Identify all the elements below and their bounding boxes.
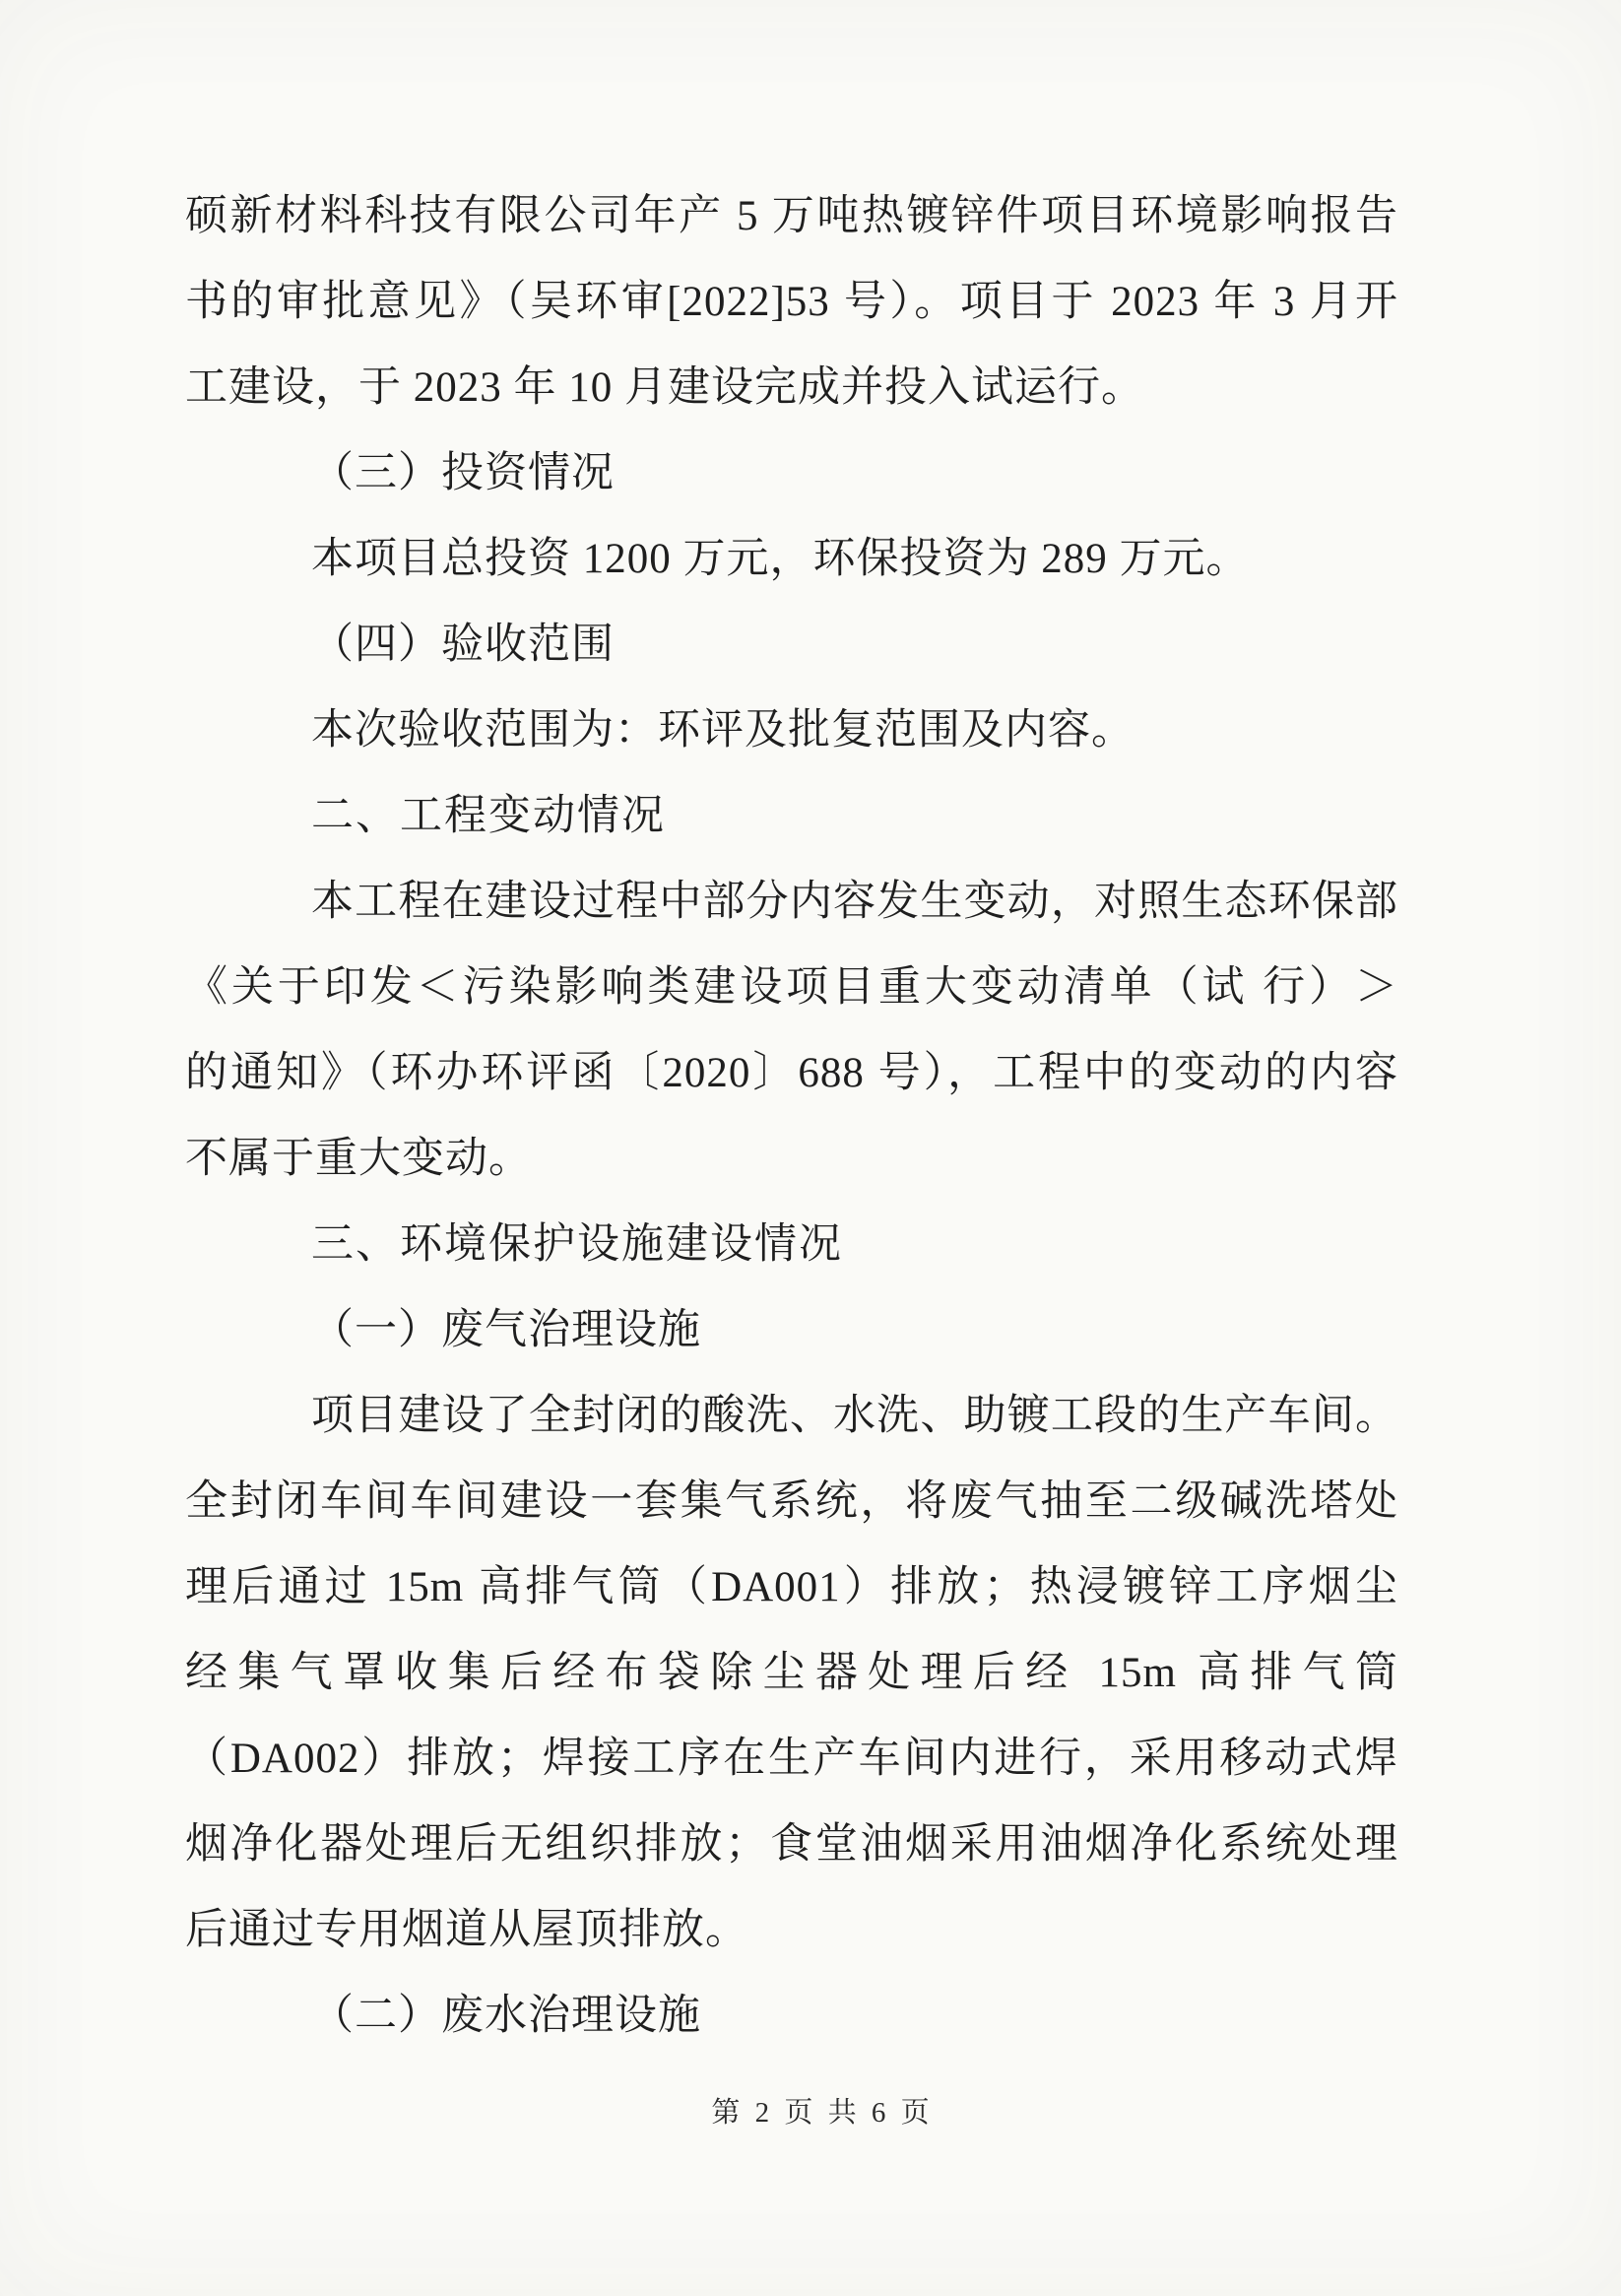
text-line: 烟净化器处理后无组织排放；食堂油烟采用油烟净化系统处理 xyxy=(185,1802,1398,1887)
text-line: 书的审批意见》（吴环审[2022]53 号）。项目于 2023 年 3 月开 xyxy=(185,259,1398,345)
text-line: 《关于印发＜污染影响类建设项目重大变动清单（试 行）＞ xyxy=(185,945,1398,1030)
text-line: 全封闭车间车间建设一套集气系统，将废气抽至二级碱洗塔处 xyxy=(185,1459,1398,1544)
paragraph: 本次验收范围为：环评及批复范围及内容。 xyxy=(185,688,1398,773)
text-line: 二、工程变动情况 xyxy=(185,773,1398,859)
text-line: （四）验收范围 xyxy=(185,602,1398,688)
section-heading: 二、工程变动情况 xyxy=(185,773,1398,859)
paragraph: （一）废气治理设施 xyxy=(185,1287,1398,1373)
text-line: 经集气罩收集后经布袋除尘器处理后经 15m 高排气筒 xyxy=(185,1630,1398,1716)
text-line: 项目建设了全封闭的酸洗、水洗、助镀工段的生产车间。 xyxy=(185,1373,1398,1459)
text-line: 本项目总投资 1200 万元，环保投资为 289 万元。 xyxy=(185,516,1398,602)
paragraph: 项目建设了全封闭的酸洗、水洗、助镀工段的生产车间。全封闭车间车间建设一套集气系统… xyxy=(185,1373,1398,1973)
text-line: 本工程在建设过程中部分内容发生变动，对照生态环保部 xyxy=(185,859,1398,945)
paragraph: （二）废水治理设施 xyxy=(185,1973,1398,2059)
text-line: （二）废水治理设施 xyxy=(185,1973,1398,2059)
text-line: 后通过专用烟道从屋顶排放。 xyxy=(185,1887,1398,1973)
text-line: （一）废气治理设施 xyxy=(185,1287,1398,1373)
paragraph: （四）验收范围 xyxy=(185,602,1398,688)
paragraph: 本项目总投资 1200 万元，环保投资为 289 万元。 xyxy=(185,516,1398,602)
paragraph: 硕新材料科技有限公司年产 5 万吨热镀锌件项目环境影响报告书的审批意见》（吴环审… xyxy=(185,173,1398,430)
text-line: 理后通过 15m 高排气筒（DA001）排放；热浸镀锌工序烟尘 xyxy=(185,1544,1398,1630)
paragraph: 本工程在建设过程中部分内容发生变动，对照生态环保部《关于印发＜污染影响类建设项目… xyxy=(185,859,1398,1202)
document-body: 硕新材料科技有限公司年产 5 万吨热镀锌件项目环境影响报告书的审批意见》（吴环审… xyxy=(185,173,1398,2059)
page-number: 第 2 页 共 6 页 xyxy=(12,2090,1621,2131)
text-line: 工建设，于 2023 年 10 月建设完成并投入试运行。 xyxy=(185,345,1398,430)
text-line: 三、环境保护设施建设情况 xyxy=(185,1202,1398,1287)
text-line: 硕新材料科技有限公司年产 5 万吨热镀锌件项目环境影响报告 xyxy=(185,173,1398,259)
text-line: 不属于重大变动。 xyxy=(185,1116,1398,1202)
text-line: 本次验收范围为：环评及批复范围及内容。 xyxy=(185,688,1398,773)
paragraph: （三）投资情况 xyxy=(185,430,1398,516)
text-line: （DA002）排放；焊接工序在生产车间内进行，采用移动式焊 xyxy=(185,1716,1398,1802)
section-heading: 三、环境保护设施建设情况 xyxy=(185,1202,1398,1287)
text-line: 的通知》（环办环评函〔2020〕688 号），工程中的变动的内容 xyxy=(185,1030,1398,1116)
text-line: （三）投资情况 xyxy=(185,430,1398,516)
document-page: 硕新材料科技有限公司年产 5 万吨热镀锌件项目环境影响报告书的审批意见》（吴环审… xyxy=(0,0,1621,2296)
